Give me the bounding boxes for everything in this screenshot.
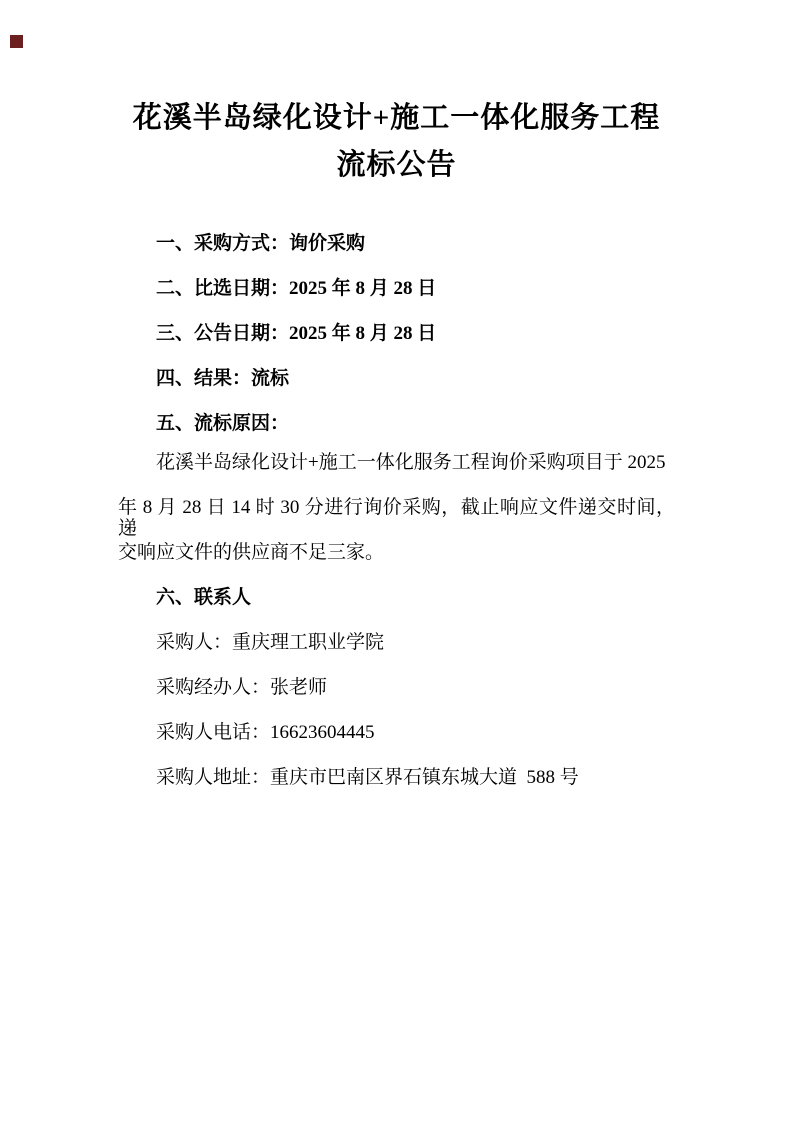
red-corner-mark [10, 35, 23, 48]
list-item-failure-reason-heading: 五、流标原因： [118, 413, 713, 434]
list-item-procurement-method: 一、采购方式：询价采购 [118, 233, 713, 254]
list-item-announcement-date: 三、公告日期：2025 年 8 月 28 日 [118, 323, 713, 344]
document-page: 花溪半岛绿化设计+施工一体化服务工程 流标公告 一、采购方式：询价采购 二、比选… [0, 0, 793, 1122]
list-item-result: 四、结果：流标 [118, 368, 713, 389]
list-item-comparison-date: 二、比选日期：2025 年 8 月 28 日 [118, 278, 713, 299]
document-title-line2: 流标公告 [0, 142, 793, 189]
contact-buyer: 采购人：重庆理工职业学院 [118, 632, 713, 653]
list-item-contacts-heading: 六、联系人 [118, 587, 713, 608]
document-title: 花溪半岛绿化设计+施工一体化服务工程 流标公告 [0, 95, 793, 189]
reason-paragraph-line3: 交响应文件的供应商不足三家。 [118, 542, 675, 563]
contact-phone: 采购人电话：16623604445 [118, 722, 713, 743]
reason-paragraph-line2: 年 8 月 28 日 14 时 30 分进行询价采购，截止响应文件递交时间，递 [118, 497, 675, 539]
contact-agent: 采购经办人：张老师 [118, 677, 713, 698]
document-title-line1: 花溪半岛绿化设计+施工一体化服务工程 [0, 95, 793, 142]
reason-paragraph-line1: 花溪半岛绿化设计+施工一体化服务工程询价采购项目于 2025 [118, 452, 713, 473]
contact-address: 采购人地址：重庆市巴南区界石镇东城大道 588 号 [118, 767, 713, 788]
